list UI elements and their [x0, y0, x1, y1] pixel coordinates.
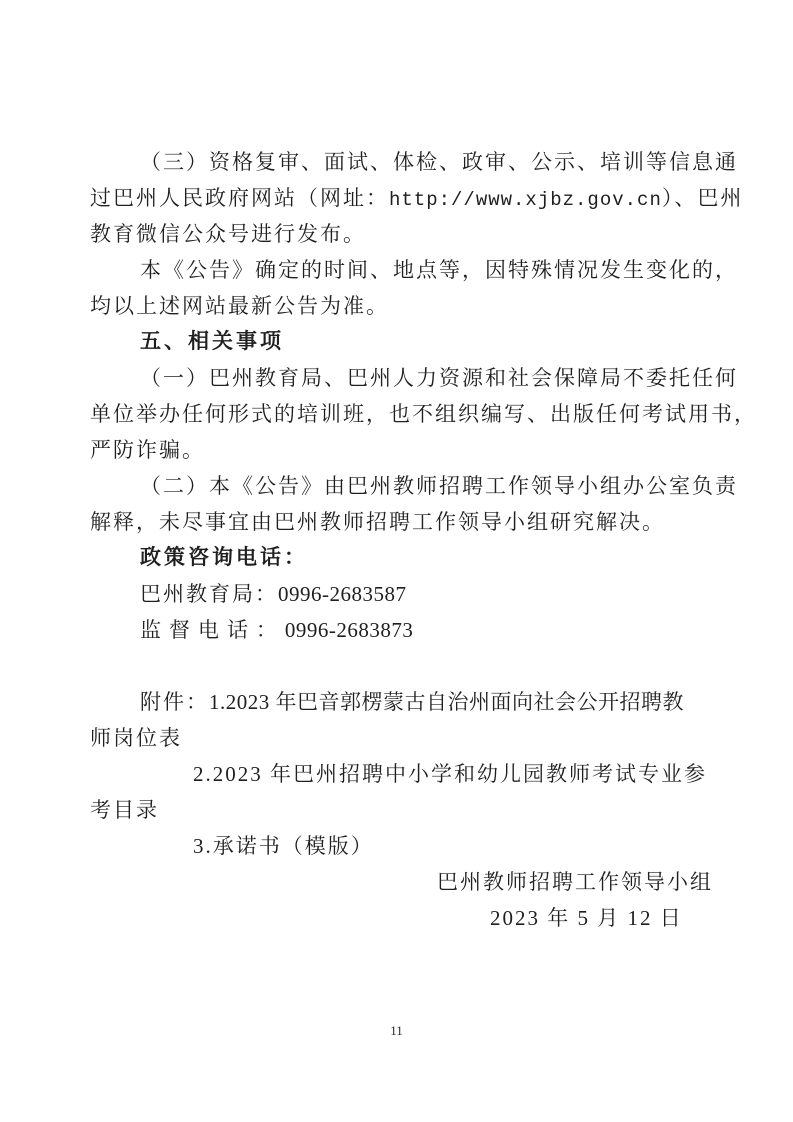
phone-label: 监督电话：	[140, 618, 285, 642]
paragraph-notice-change-line1: 本《公告》确定的时间、地点等，因特殊情况发生变化的，	[90, 252, 708, 288]
page-number: 11	[0, 1022, 793, 1040]
attachment-item2-line1: 2.2023 年巴州招聘中小学和幼儿园教师考试专业参	[90, 756, 708, 792]
paragraph-notice-change-line2: 均以上述网站最新公告为准。	[90, 288, 708, 324]
phone-number: 0996-2683873	[285, 618, 414, 642]
document-body: （三）资格复审、面试、体检、政审、公示、培训等信息通 过巴州人民政府网站（网址：…	[90, 144, 708, 936]
phone-line-supervision: 监督电话：0996-2683873	[90, 612, 708, 648]
paragraph-item2-line2: 解释，未尽事宜由巴州教师招聘工作领导小组研究解决。	[90, 504, 708, 540]
paragraph-info-release-line2: 过巴州人民政府网站（网址：http://www.xjbz.gov.cn）、巴州	[90, 180, 708, 216]
info-release-line2-prefix: 过巴州人民政府网站（网址：	[90, 186, 389, 210]
phone-label: 巴州教育局：	[140, 582, 278, 606]
paragraph-item1-line1: （一）巴州教育局、巴州人力资源和社会保障局不委托任何	[90, 360, 708, 396]
attachment-item2-line2: 考目录	[90, 792, 708, 828]
section5-heading: 五、相关事项	[90, 324, 708, 360]
paragraph-item1-line2: 单位举办任何形式的培训班，也不组织编写、出版任何考试用书，	[90, 396, 708, 432]
paragraph-item2-line1: （二）本《公告》由巴州教师招聘工作领导小组办公室负责	[90, 468, 708, 504]
attachment-item1-line2: 师岗位表	[90, 720, 708, 756]
attachments-line1: 附件：1.2023 年巴音郭楞蒙古自治州面向社会公开招聘教	[90, 684, 708, 720]
attachments-label: 附件：	[140, 690, 209, 714]
attachment-item1-line1: 1.2023 年巴音郭楞蒙古自治州面向社会公开招聘教	[209, 690, 684, 714]
attachment-item3: 3.承诺书（模版）	[90, 828, 708, 864]
website-url-text: http://www.xjbz.gov.cn	[389, 189, 662, 211]
contacts-heading: 政策咨询电话：	[90, 540, 708, 576]
paragraph-info-release-line3: 教育微信公众号进行发布。	[90, 216, 708, 252]
document-page: （三）资格复审、面试、体检、政审、公示、培训等信息通 过巴州人民政府网站（网址：…	[0, 0, 793, 1122]
info-release-line2-suffix: ）、巴州	[662, 186, 744, 210]
paragraph-item1-line3: 严防诈骗。	[90, 432, 708, 468]
signature-organization: 巴州教师招聘工作领导小组	[90, 864, 708, 900]
phone-number: 0996-2683587	[278, 582, 407, 606]
phone-line-education-bureau: 巴州教育局：0996-2683587	[90, 576, 708, 612]
blank-line	[90, 648, 708, 684]
signature-date: 2023 年 5 月 12 日	[90, 900, 708, 936]
paragraph-info-release-line1: （三）资格复审、面试、体检、政审、公示、培训等信息通	[90, 144, 708, 180]
